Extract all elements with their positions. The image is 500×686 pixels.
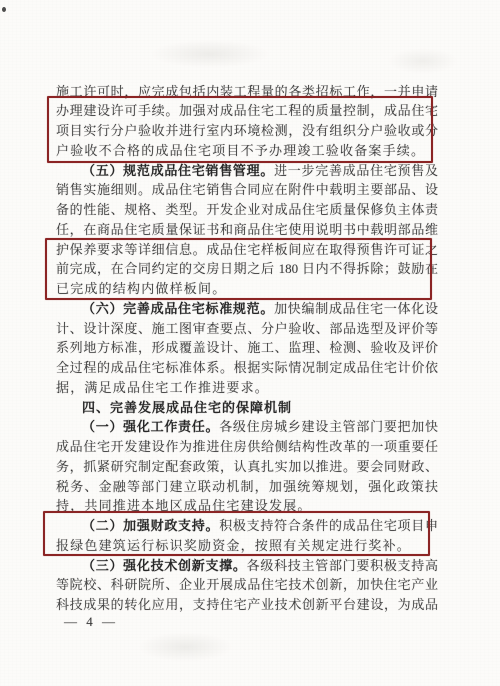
paragraph-lead: 四、完善发展成品住宅的保障机制	[82, 400, 292, 415]
line-text: 施工许可时，应完成包括内装工程量的各类招标工作，一并申请	[56, 84, 438, 99]
line-text: 护保养要求等详细信息。成品住宅样板间应在取得预售许可证之	[56, 242, 438, 257]
line-text: 项目实行分户验收并进行室内环境检测，没有组织分户验收或分	[56, 123, 438, 138]
text-line: 报绿色建筑运行标识奖励资金，按照有关规定进行奖补。	[56, 536, 438, 556]
text-line: 护保养要求等详细信息。成品住宅样板间应在取得预售许可证之	[56, 240, 438, 260]
line-text: 各级科技主管部门要积极支持高	[247, 558, 438, 573]
line-text: 前完成，在合同约定的交房日期之后 180 日内不得拆除；鼓励在	[56, 261, 438, 276]
scan-smudge	[138, 632, 233, 662]
page-number: — 4 —	[64, 612, 118, 632]
line-text: 持，共同推进本地区成品住宅建设发展。	[56, 498, 312, 513]
text-line: 成品住宅开发建设作为推进住房供给侧结构性改革的一项重要任	[56, 437, 438, 457]
section-heading: 四、完善发展成品住宅的保障机制	[56, 398, 438, 418]
line-text: 各级住房城乡建设主管部门要把加快	[219, 419, 438, 434]
line-text: 加快编制成品住宅一体化设	[274, 301, 438, 316]
text-line: 项目实行分户验收并进行室内环境检测，没有组织分户验收或分	[56, 121, 438, 141]
text-line: 持，共同推进本地区成品住宅建设发展。	[56, 496, 438, 516]
line-text: 务，抓紧研究制定配套政策，认真扎实加以推进。要会同财政、	[56, 459, 438, 474]
scan-smudge	[150, 40, 270, 68]
text-column: 施工许可时，应完成包括内装工程量的各类招标工作，一并申请 办理建设许可手续。加强…	[56, 82, 438, 615]
text-line: 务，抓紧研究制定配套政策，认真扎实加以推进。要会同财政、	[56, 457, 438, 477]
paragraph-lead: （五）规范成品住宅销售管理。	[82, 163, 274, 178]
text-line: （六）完善成品住宅标准规范。加快编制成品住宅一体化设	[56, 299, 438, 319]
line-text: 销售实施细则。成品住宅销售合同应在附件中载明主要部品、设	[56, 182, 438, 197]
text-line: （三）强化技术创新支撑。各级科技主管部门要积极支持高	[56, 556, 438, 576]
scan-artifact-dot	[2, 7, 6, 12]
line-text: 户验收不合格的成品住宅项目不予办理竣工验收备案手续。	[56, 143, 425, 158]
line-text: 进一步完善成品住宅预售及	[274, 163, 438, 178]
line-text: 任，在商品住宅质量保证书和商品住宅使用说明书中载明部品维	[56, 222, 438, 237]
text-line: 税务、金融等部门建立联动机制，加强统筹规划，强化政策扶	[56, 477, 438, 497]
line-text: 成品住宅开发建设作为推进住房供给侧结构性改革的一项重要任	[56, 439, 438, 454]
text-line: 户验收不合格的成品住宅项目不予办理竣工验收备案手续。	[56, 141, 438, 161]
line-text: 全过程的成品住宅标准体系。根据实际情况制定成品住宅计价依	[56, 360, 438, 375]
text-line: （二）加强财政支持。积极支持符合条件的成品住宅项目申	[56, 516, 438, 536]
text-line: 等院校、科研院所、企业开展成品住宅技术创新，加快住宅产业	[56, 575, 438, 595]
paragraph-lead: （六）完善成品住宅标准规范。	[82, 301, 274, 316]
line-text: 备的性能、规格、类型。开发企业对成品住宅质量保修负主体责	[56, 202, 438, 217]
text-line: 办理建设许可手续。加强对成品住宅工程的质量控制，成品住宅	[56, 101, 438, 121]
text-line: 销售实施细则。成品住宅销售合同应在附件中载明主要部品、设	[56, 180, 438, 200]
line-text: 据，满足成品住宅工作推进要求。	[56, 380, 269, 395]
text-line: 任，在商品住宅质量保证书和商品住宅使用说明书中载明部品维	[56, 220, 438, 240]
paragraph-lead: （三）强化技术创新支撑。	[82, 558, 247, 573]
scan-smudge	[388, 48, 458, 74]
text-line: 据，满足成品住宅工作推进要求。	[56, 378, 438, 398]
text-line: 备的性能、规格、类型。开发企业对成品住宅质量保修负主体责	[56, 200, 438, 220]
paragraph-lead: （二）加强财政支持。	[82, 518, 219, 533]
line-text: 已完成的结构内做样板间。	[56, 281, 226, 296]
text-line: 前完成，在合同约定的交房日期之后 180 日内不得拆除；鼓励在	[56, 259, 438, 279]
line-text: 计、设计深度、施工图审查要点、分户验收、部品选型及评价等	[56, 321, 438, 336]
text-line: （五）规范成品住宅销售管理。进一步完善成品住宅预售及	[56, 161, 438, 181]
line-text: 等院校、科研院所、企业开展成品住宅技术创新，加快住宅产业	[56, 577, 438, 592]
text-line: 全过程的成品住宅标准体系。根据实际情况制定成品住宅计价依	[56, 358, 438, 378]
scanned-document-page: 施工许可时，应完成包括内装工程量的各类招标工作，一并申请 办理建设许可手续。加强…	[0, 0, 500, 686]
line-text: 办理建设许可手续。加强对成品住宅工程的质量控制，成品住宅	[56, 103, 438, 118]
text-line: 施工许可时，应完成包括内装工程量的各类招标工作，一并申请	[56, 82, 438, 102]
line-text: 税务、金融等部门建立联动机制，加强统筹规划，强化政策扶	[56, 479, 438, 494]
text-line: （一）强化工作责任。各级住房城乡建设主管部门要把加快	[56, 417, 438, 437]
line-text: 报绿色建筑运行标识奖励资金，按照有关规定进行奖补。	[56, 538, 411, 553]
text-line: 已完成的结构内做样板间。	[56, 279, 438, 299]
text-line: 计、设计深度、施工图审查要点、分户验收、部品选型及评价等	[56, 319, 438, 339]
text-line: 系列地方标准，形成覆盖设计、施工、监理、检测、验收及评价	[56, 338, 438, 358]
line-text: 科技成果的转化应用，支持住宅产业技术创新平台建设，为成品	[56, 597, 438, 612]
paragraph-lead: （一）强化工作责任。	[82, 419, 219, 434]
line-text: 积极支持符合条件的成品住宅项目申	[219, 518, 438, 533]
line-text: 系列地方标准，形成覆盖设计、施工、监理、检测、验收及评价	[56, 340, 438, 355]
